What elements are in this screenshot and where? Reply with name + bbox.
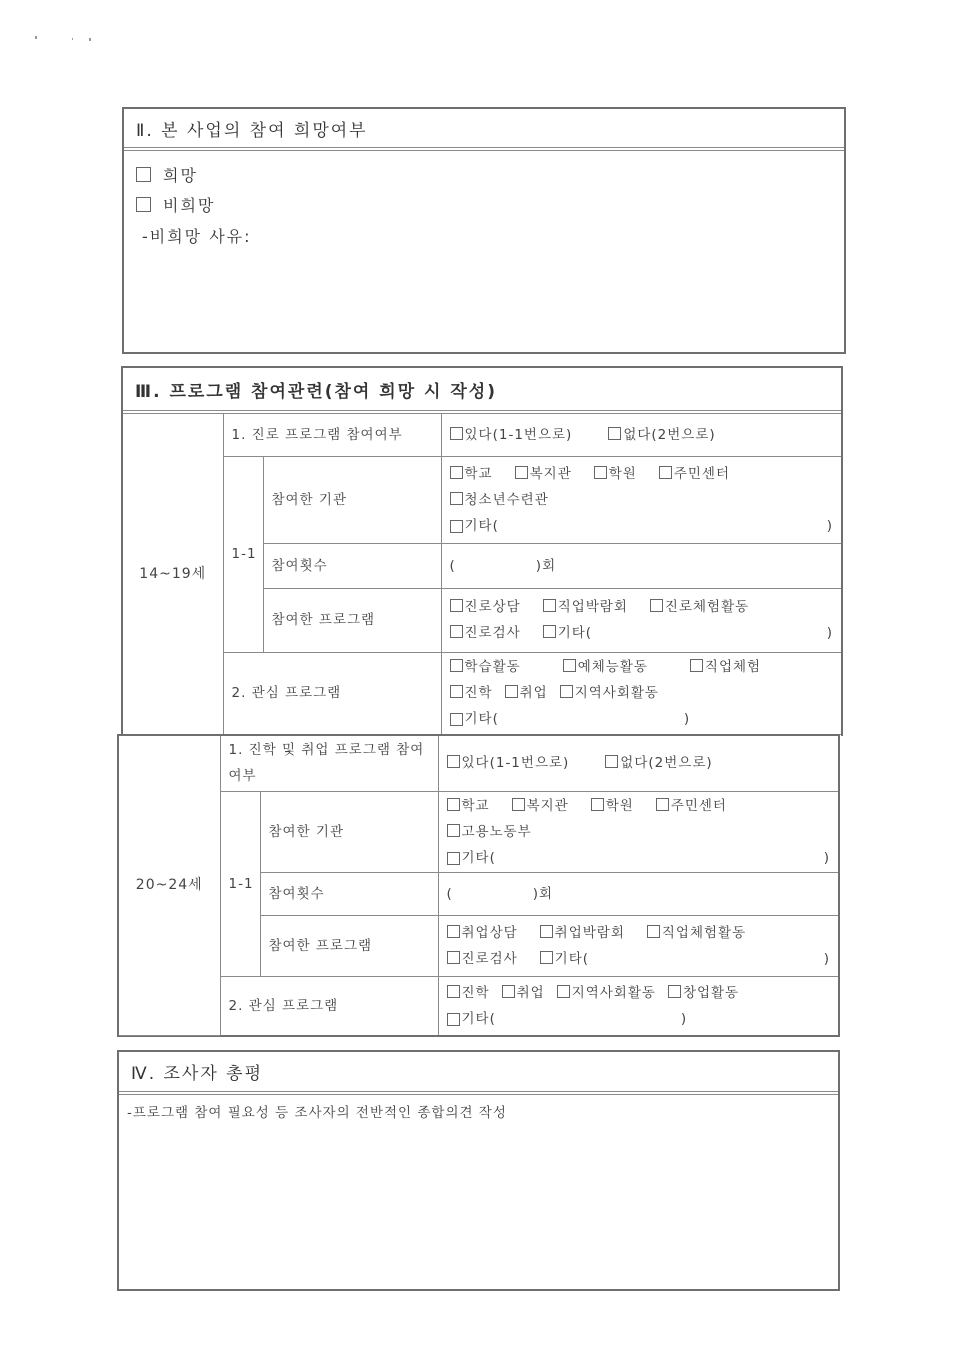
option-community-activity[interactable]: 지역사회활동 — [560, 680, 659, 706]
institution-label: 참여한 기관 — [263, 456, 441, 543]
checkbox-icon[interactable] — [557, 985, 570, 998]
checkbox-icon[interactable] — [450, 427, 463, 440]
option-ministry-of-labor[interactable]: 고용노동부 — [447, 819, 532, 845]
option-etc[interactable]: 기타() — [450, 706, 833, 732]
open-paren: ( — [450, 558, 456, 574]
checkbox-icon[interactable] — [450, 685, 463, 698]
close-paren: ) — [824, 845, 830, 871]
scan-speck — [89, 38, 91, 41]
option-welfare-center[interactable]: 복지관 — [512, 793, 569, 819]
option-label: 있다(1-1번으로) — [465, 427, 573, 443]
age-group-label: 20~24세 — [119, 736, 220, 1035]
checkbox-icon[interactable] — [450, 492, 463, 505]
interest-options: 학습활동 예체능활동 직업체험 진학 취업 지역사회활동 기타() — [441, 652, 841, 734]
option-label: 학교 — [462, 798, 490, 814]
sub-question-number: 1-1 — [220, 791, 260, 976]
checkbox-icon[interactable] — [450, 713, 463, 726]
option-label: 주민센터 — [671, 798, 727, 814]
close-paren: ) — [684, 706, 690, 732]
option-label: 학습활동 — [465, 659, 521, 675]
wish-option[interactable]: 희망 — [136, 159, 844, 189]
checkbox-icon[interactable] — [505, 685, 518, 698]
checkbox-icon[interactable] — [543, 625, 556, 638]
option-etc[interactable]: 기타( — [540, 946, 589, 972]
open-paren: ( — [447, 886, 453, 902]
checkbox-icon[interactable] — [450, 625, 463, 638]
option-label: 고용노동부 — [462, 824, 532, 840]
option-study[interactable]: 학습활동 — [450, 654, 521, 680]
checkbox-icon[interactable] — [656, 798, 669, 811]
sub-question-number: 1-1 — [223, 456, 263, 652]
interest-options: 진학 취업 지역사회활동 창업활동 기타() — [438, 976, 838, 1035]
scan-speck — [72, 38, 73, 40]
option-label: 학교 — [465, 466, 493, 482]
option-startup-activity[interactable]: 창업활동 — [668, 980, 739, 1006]
q1-label: 1. 진로 프로그램 참여여부 — [223, 414, 441, 456]
checkbox-icon[interactable] — [560, 685, 573, 698]
option-label: 기타( — [558, 625, 592, 641]
group-20-24-table: 20~24세 1. 진학 및 취업 프로그램 참여여부 있다(1-1번으로) 없… — [119, 736, 838, 1036]
q2-label: 2. 관심 프로그램 — [220, 976, 438, 1035]
option-label: 지역사회활동 — [572, 985, 656, 1001]
option-label: 기타( — [555, 951, 589, 967]
checkbox-icon[interactable] — [647, 925, 660, 938]
checkbox-icon[interactable] — [540, 925, 553, 938]
option-career-test[interactable]: 진로검사 — [447, 946, 518, 972]
option-employment[interactable]: 취업 — [505, 680, 548, 706]
option-school[interactable]: 학교 — [447, 793, 490, 819]
option-label: 진로검사 — [462, 951, 518, 967]
checkbox-icon[interactable] — [608, 427, 621, 440]
option-community-center[interactable]: 주민센터 — [656, 793, 727, 819]
option-yes[interactable]: 있다(1-1번으로) — [450, 422, 573, 448]
q2-label: 2. 관심 프로그램 — [223, 652, 441, 734]
program-label: 참여한 프로그램 — [263, 588, 441, 652]
q1-options: 있다(1-1번으로) 없다(2번으로) — [438, 736, 838, 791]
checkbox-icon[interactable] — [447, 985, 460, 998]
option-job-experience[interactable]: 직업체험 — [690, 654, 761, 680]
no-wish-option[interactable]: 비희망 — [136, 189, 844, 219]
section-participation-wish: Ⅱ. 본 사업의 참여 희망여부 희망 비희망 -비희망 사유: — [122, 107, 846, 354]
count-field[interactable]: ()회 — [441, 543, 841, 588]
option-career-experience[interactable]: 진로체험활동 — [650, 594, 749, 620]
option-label: 지역사회활동 — [575, 685, 659, 701]
section-2-title: Ⅱ. 본 사업의 참여 희망여부 — [124, 109, 844, 151]
option-label: 기타( — [462, 1006, 496, 1032]
checkbox-icon[interactable] — [447, 925, 460, 938]
section-program-participation: Ⅲ. 프로그램 참여관련(참여 희망 시 작성) 14~19세 1. 진로 프로… — [121, 366, 843, 736]
checkbox-icon[interactable] — [502, 985, 515, 998]
checkbox-icon[interactable] — [136, 167, 151, 182]
option-further-education[interactable]: 진학 — [447, 980, 490, 1006]
option-label: 직업박람회 — [558, 599, 628, 615]
option-label: 진로검사 — [465, 625, 521, 641]
no-wish-reason-field[interactable]: -비희망 사유: — [136, 219, 844, 251]
option-etc[interactable]: 기타() — [447, 1006, 831, 1032]
checkbox-icon[interactable] — [450, 659, 463, 672]
option-label: 없다(2번으로) — [620, 755, 712, 771]
age-group-label: 14~19세 — [123, 414, 223, 735]
option-label: 기타( — [465, 706, 499, 732]
close-paren: ) — [827, 513, 833, 539]
section-surveyor-review: Ⅳ. 조사자 총평 -프로그램 참여 필요성 등 조사자의 전반적인 종합의견 … — [117, 1050, 840, 1291]
review-instruction: -프로그램 참여 필요성 등 조사자의 전반적인 종합의견 작성 — [127, 1105, 507, 1121]
option-no[interactable]: 없다(2번으로) — [605, 750, 712, 776]
count-label: 참여횟수 — [260, 872, 438, 915]
close-paren: ) — [827, 620, 833, 646]
option-label: 학원 — [606, 798, 634, 814]
checkbox-icon[interactable] — [659, 466, 672, 479]
option-label: 진로상담 — [465, 599, 521, 615]
checkbox-icon[interactable] — [447, 755, 460, 768]
checkbox-icon[interactable] — [447, 798, 460, 811]
option-label: 직업체험활동 — [662, 925, 746, 941]
option-label: 청소년수련관 — [465, 492, 549, 508]
scan-speck — [35, 36, 37, 39]
section-4-title: Ⅳ. 조사자 총평 — [119, 1052, 838, 1095]
checkbox-icon[interactable] — [450, 520, 463, 533]
option-label: 복지관 — [530, 466, 572, 482]
option-label: 진학 — [462, 985, 490, 1001]
option-label: 비희망 — [163, 193, 215, 216]
checkbox-icon[interactable] — [512, 798, 525, 811]
option-arts-sports[interactable]: 예체능활동 — [563, 654, 648, 680]
reason-label: -비희망 사유: — [142, 224, 252, 247]
option-further-education[interactable]: 진학 — [450, 680, 493, 706]
checkbox-icon[interactable] — [563, 659, 576, 672]
checkbox-icon[interactable] — [450, 466, 463, 479]
option-career-counseling[interactable]: 진로상담 — [450, 594, 521, 620]
option-career-test[interactable]: 진로검사 — [450, 620, 521, 646]
checkbox-icon[interactable] — [690, 659, 703, 672]
option-employment[interactable]: 취업 — [502, 980, 545, 1006]
option-etc[interactable]: 기타( ) — [450, 513, 833, 539]
option-academy[interactable]: 학원 — [594, 461, 637, 487]
checkbox-icon[interactable] — [136, 197, 151, 212]
option-youth-center[interactable]: 청소년수련관 — [450, 487, 549, 513]
checkbox-icon[interactable] — [447, 1013, 460, 1026]
option-label: 창업활동 — [683, 985, 739, 1001]
option-label: 진학 — [465, 685, 493, 701]
section-3-title: Ⅲ. 프로그램 참여관련(참여 희망 시 작성) — [123, 368, 841, 414]
group-14-19-table: 14~19세 1. 진로 프로그램 참여여부 있다(1-1번으로) 없다(2번으… — [123, 414, 841, 735]
close-paren: ) — [824, 946, 830, 972]
checkbox-icon[interactable] — [668, 985, 681, 998]
option-label: 직업체험 — [705, 659, 761, 675]
option-school[interactable]: 학교 — [450, 461, 493, 487]
program-options: 취업상담 취업박람회 직업체험활동 진로검사 기타( ) — [438, 915, 838, 976]
option-label: 예체능활동 — [578, 659, 648, 675]
checkbox-icon[interactable] — [447, 824, 460, 837]
option-label: 기타( — [465, 513, 499, 539]
option-no[interactable]: 없다(2번으로) — [608, 422, 715, 448]
checkbox-icon[interactable] — [450, 599, 463, 612]
option-job-fair[interactable]: 직업박람회 — [543, 594, 628, 620]
option-etc[interactable]: 기타( — [543, 620, 592, 646]
option-yes[interactable]: 있다(1-1번으로) — [447, 750, 570, 776]
institution-options: 학교 복지관 학원 주민센터 청소년수련관 기타( ) — [441, 456, 841, 543]
institution-label: 참여한 기관 — [260, 791, 438, 872]
checkbox-icon[interactable] — [447, 951, 460, 964]
option-etc[interactable]: 기타( ) — [447, 845, 831, 871]
option-academy[interactable]: 학원 — [591, 793, 634, 819]
option-welfare-center[interactable]: 복지관 — [515, 461, 572, 487]
q1-options: 있다(1-1번으로) 없다(2번으로) — [441, 414, 841, 456]
option-label: 취업 — [517, 985, 545, 1001]
option-job-fair[interactable]: 취업박람회 — [540, 920, 625, 946]
q1-label: 1. 진학 및 취업 프로그램 참여여부 — [220, 736, 438, 791]
checkbox-icon[interactable] — [543, 599, 556, 612]
checkbox-icon[interactable] — [605, 755, 618, 768]
count-field[interactable]: ()회 — [438, 872, 838, 915]
option-label: 취업박람회 — [555, 925, 625, 941]
checkbox-icon[interactable] — [650, 599, 663, 612]
checkbox-icon[interactable] — [594, 466, 607, 479]
count-unit: )회 — [533, 886, 553, 902]
option-label: 학원 — [609, 466, 637, 482]
option-label: 취업 — [520, 685, 548, 701]
checkbox-icon[interactable] — [540, 951, 553, 964]
option-label: 없다(2번으로) — [623, 427, 715, 443]
option-community-center[interactable]: 주민센터 — [659, 461, 730, 487]
option-job-experience[interactable]: 직업체험활동 — [647, 920, 746, 946]
option-label: 희망 — [163, 163, 198, 186]
option-label: 주민센터 — [674, 466, 730, 482]
count-unit: )회 — [536, 558, 556, 574]
option-label: 있다(1-1번으로) — [462, 755, 570, 771]
program-options: 진로상담 직업박람회 진로체험활동 진로검사 기타( ) — [441, 588, 841, 652]
option-label: 기타( — [462, 845, 496, 871]
surveyor-review-field[interactable]: -프로그램 참여 필요성 등 조사자의 전반적인 종합의견 작성 — [119, 1095, 838, 1281]
section-program-participation-20-24: 20~24세 1. 진학 및 취업 프로그램 참여여부 있다(1-1번으로) 없… — [117, 734, 840, 1037]
close-paren: ) — [681, 1006, 687, 1032]
checkbox-icon[interactable] — [515, 466, 528, 479]
option-label: 취업상담 — [462, 925, 518, 941]
option-community-activity[interactable]: 지역사회활동 — [557, 980, 656, 1006]
program-label: 참여한 프로그램 — [260, 915, 438, 976]
count-label: 참여횟수 — [263, 543, 441, 588]
institution-options: 학교 복지관 학원 주민센터 고용노동부 기타( ) — [438, 791, 838, 872]
checkbox-icon[interactable] — [447, 852, 460, 865]
option-label: 진로체험활동 — [665, 599, 749, 615]
option-label: 복지관 — [527, 798, 569, 814]
checkbox-icon[interactable] — [591, 798, 604, 811]
option-job-counseling[interactable]: 취업상담 — [447, 920, 518, 946]
